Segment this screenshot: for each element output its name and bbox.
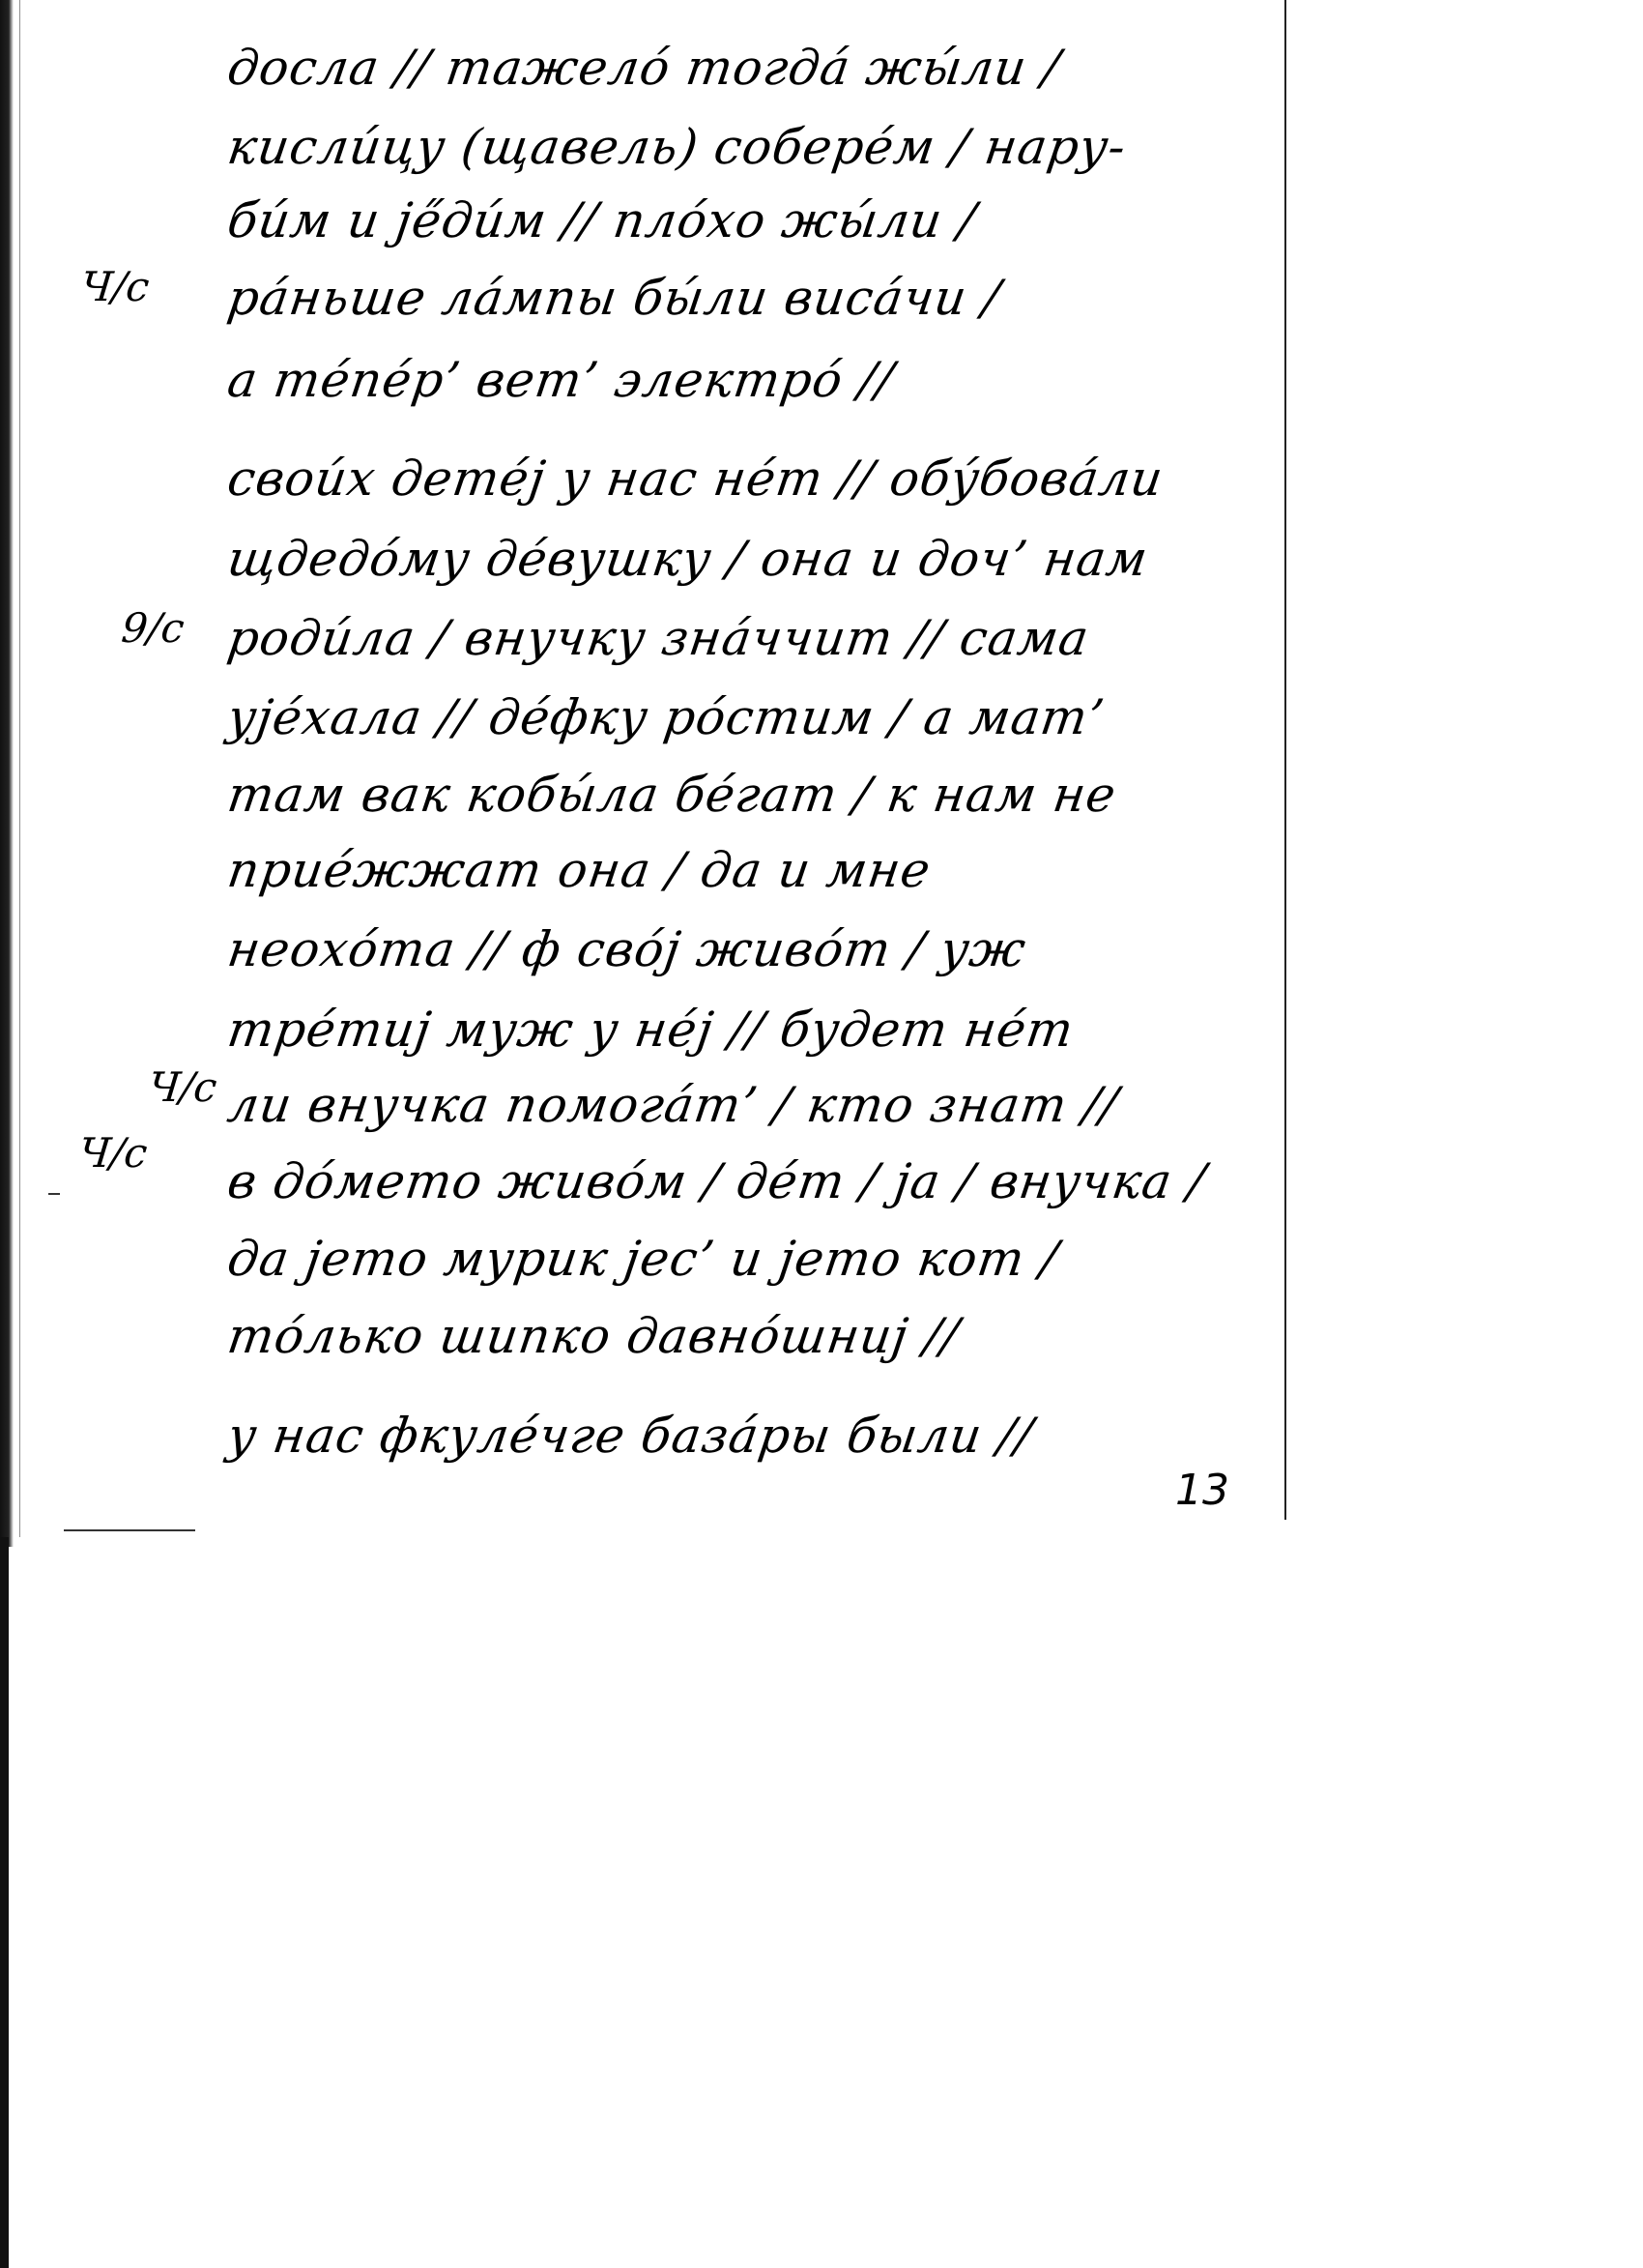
text-line-10: там вак кобы́ла бе́гат / к нам не	[224, 766, 1120, 824]
right-page-border	[1284, 0, 1286, 1520]
text-line-11: прие́жжат она / да и мне	[224, 841, 935, 899]
text-line-1: досла // тажело́ тогда́ жы́ли /	[224, 39, 1064, 97]
text-line-15: в до́мето живо́м / де́т / jа / внучка /	[224, 1152, 1210, 1210]
left-margin-rule	[19, 0, 20, 1537]
text-line-16: да jето мурик jес’ и jето кот /	[224, 1230, 1062, 1288]
margin-dash	[48, 1193, 60, 1195]
text-line-5: а те́пе́р’ вет’ электро́ //	[224, 351, 898, 409]
bottom-rule-stub	[64, 1529, 195, 1531]
text-line-17: то́лько шипко давно́шниj //	[224, 1307, 964, 1365]
text-line-8: роди́ла / внучку зна́ччит // сама	[224, 609, 1093, 667]
text-line-7: щдедо́му де́вушку / она и доч’ нам	[224, 530, 1152, 588]
text-line-12: неохо́та // ф сво́j живо́т / уж	[224, 920, 1030, 978]
binding-edge	[0, 0, 14, 1547]
binding-edge-lower	[0, 1537, 9, 2268]
text-line-9: уjе́хала // де́фку ро́стим / а мат’	[224, 688, 1109, 746]
text-line-3: би́м и je̋ди́м // пло́хо жы́ли /	[224, 191, 980, 249]
margin-note: Ч/с	[78, 263, 151, 310]
text-line-2: кисли́цу (щавель) собере́м / нару-	[224, 118, 1130, 176]
text-line-14: ли внучка помога́т’ / кто знат //	[224, 1076, 1122, 1134]
text-line-4: ра́ньше ла́мпы бы́ли виса́чи /	[224, 269, 1005, 327]
margin-note: Ч/с	[76, 1129, 149, 1177]
text-line-18: у нас фкуле́чге база́ры были //	[224, 1407, 1037, 1465]
margin-note: 9/с	[119, 604, 187, 652]
text-line-13: тре́тиj муж у не́j // будет не́т	[224, 1001, 1078, 1059]
margin-note: Ч/с	[146, 1063, 218, 1111]
page-number: 13	[1175, 1466, 1229, 1515]
text-line-6: свои́х дете́j у нас не́т // обу́бова́ли	[224, 450, 1167, 508]
